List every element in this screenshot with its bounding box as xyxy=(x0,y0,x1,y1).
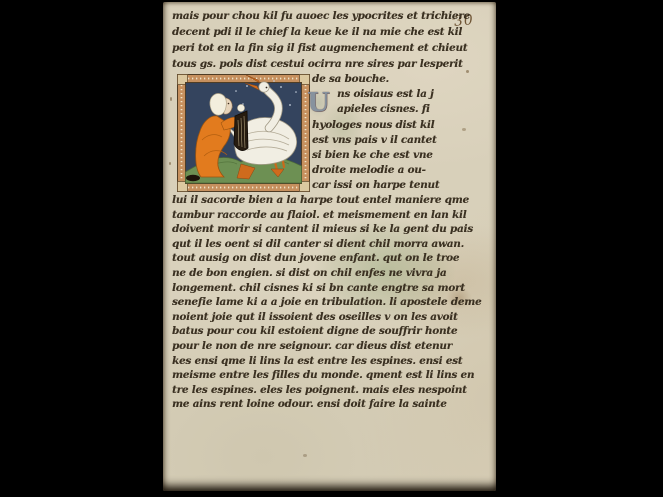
ink-speck xyxy=(303,454,307,457)
text-line: qut il les oent si dil canter si dient c… xyxy=(172,237,481,252)
text-line: si bien ke che est vne xyxy=(312,148,464,163)
text-line: peri tot en la fin sig il fist augmenche… xyxy=(172,40,470,56)
text-line: tre les espines. eles les poignent. mais… xyxy=(172,383,481,398)
viewer-background: 30 mais pour chou kil fu auoec les ypocr… xyxy=(0,0,663,497)
illuminated-initial: U xyxy=(306,88,331,118)
gutter-speck xyxy=(170,97,172,101)
text-line: car issi on harpe tenut xyxy=(312,178,464,193)
text-line: ns oisiaus est la j xyxy=(312,87,464,102)
text-line: batus pour cou kil estoient digne de sou… xyxy=(172,324,481,339)
text-block-beside-miniature: U de sa bouche. ns oisiaus est la j apie… xyxy=(312,72,464,194)
text-line: doivent morir si cantent il mieus si ke … xyxy=(172,222,481,237)
text-line: de sa bouche. xyxy=(312,72,464,87)
text-line: est vns pais v il cantet xyxy=(312,133,464,148)
miniature-illustration xyxy=(177,74,310,192)
text-line: lui il sacorde bien a la harpe tout ente… xyxy=(172,193,481,208)
text-line: hyologes nous dist kil xyxy=(312,118,464,133)
text-line: tous gs. pols dist cestui ocirra nre sir… xyxy=(172,56,470,72)
text-line: apieles cisnes. fi xyxy=(312,102,464,117)
text-line: mais pour chou kil fu auoec les ypocrite… xyxy=(172,8,470,24)
text-line: ne de bon engien. si dist on chil enfes … xyxy=(172,266,481,281)
text-line: meisme entre les filles du monde. qment … xyxy=(172,368,481,383)
text-block-top: mais pour chou kil fu auoec les ypocrite… xyxy=(172,8,470,72)
text-line: senefie lame ki a a joie en tribulation.… xyxy=(172,295,481,310)
text-line: tambur raccorde au flaiol. et meismement… xyxy=(172,208,481,223)
text-line: droite melodie a ou- xyxy=(312,163,464,178)
gutter-speck xyxy=(169,162,171,165)
text-line: kes ensi qme li lins la est entre les es… xyxy=(172,354,481,369)
text-line: tout ausig on dist dun jovene enfant. qu… xyxy=(172,251,481,266)
text-line: decent pdi il le chief la keue ke il na … xyxy=(172,24,470,40)
text-line: pour le non de nre seignour. car dieus d… xyxy=(172,339,481,354)
manuscript-page-photo: 30 mais pour chou kil fu auoec les ypocr… xyxy=(163,2,496,491)
text-line: longement. chil cisnes ki si bn cante en… xyxy=(172,281,481,296)
text-block-bottom: lui il sacorde bien a la harpe tout ente… xyxy=(172,193,481,412)
text-line: noient joie qut il issoient des oseilles… xyxy=(172,310,481,325)
text-line: me ains rent loine odour. ensi doit fair… xyxy=(172,397,481,412)
